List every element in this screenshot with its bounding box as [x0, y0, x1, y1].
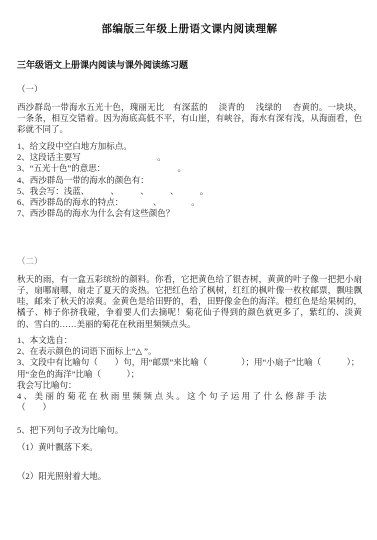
question-3: 3、“五光十色”的意思： 。: [17, 163, 362, 174]
question-2: 2、这段话主要写 。: [17, 152, 362, 163]
section-two-label: （二）: [17, 256, 362, 267]
worksheet-heading: 三年级语文上册课内阅读与课外阅读练习题: [17, 60, 362, 71]
section-one-questions: 1、给文段中空白地方加标点。 2、这段话主要写 。 3、“五光十色”的意思： 。…: [17, 141, 362, 220]
question-7: 7、西沙群岛的海水为什么会有这些颜色？: [17, 208, 362, 219]
question-5: 5、把下列句子改为比喻句。: [17, 425, 362, 436]
section-two: （二） 秋天的雨，有一盒五彩缤纷的颜料。你看，它把黄色给了银杏树，黄黄的叶子像一…: [17, 256, 362, 483]
question-4: 4、西沙群岛一带的海水的颜色有：: [17, 175, 362, 186]
question-6: 6、西沙群岛的海水的特点： 、 。: [17, 197, 362, 208]
question-2: 2、在表示颜色的词语下面标上“△ ”。: [17, 346, 362, 357]
question-1: 1、本文选自：: [17, 335, 362, 346]
question-3: 3、文段中有比喻句（ ）句，用“邮票”来比喻（ ）；用“小扇子”比喻（ ）；用“…: [17, 357, 362, 380]
section-one: （一） 西沙群岛一带海水五光十色，瑰丽无比 有深蓝的 淡青的 浅绿的 杏黄的。一…: [17, 84, 362, 220]
question-1: 1、给文段中空白地方加标点。: [17, 141, 362, 152]
section-two-questions: 1、本文选自： 2、在表示颜色的词语下面标上“△ ”。 3、文段中有比喻句（ ）…: [17, 335, 362, 483]
section-two-passage: 秋天的雨，有一盒五彩缤纷的颜料。你看，它把黄色给了银杏树，黄黄的叶子像一把把小扇…: [17, 274, 362, 330]
document-page: 部编版三年级上册语文课内阅读理解 三年级语文上册课内阅读与课外阅读练习题 （一）…: [0, 0, 377, 540]
question-5-sub-2: （2）阳光照射着大地。: [17, 471, 362, 482]
question-5-sub-1: （1）黄叶飘落下来。: [17, 442, 362, 453]
section-one-label: （一）: [17, 84, 362, 95]
question-4: 4、美丽的菊花在秋雨里频频点头。这个句子运用了什么修辞手法: [17, 391, 362, 402]
section-one-passage: 西沙群岛一带海水五光十色，瑰丽无比 有深蓝的 淡青的 浅绿的 杏黄的。一块块，一…: [17, 102, 362, 136]
question-5: 5、我会写：浅蓝、 、 、 、 。: [17, 186, 362, 197]
document-title: 部编版三年级上册语文课内阅读理解: [17, 24, 362, 36]
metaphor-prompt: 我会写比喻句：: [17, 380, 362, 391]
question-4-answer-parens: （ ）: [17, 402, 362, 413]
